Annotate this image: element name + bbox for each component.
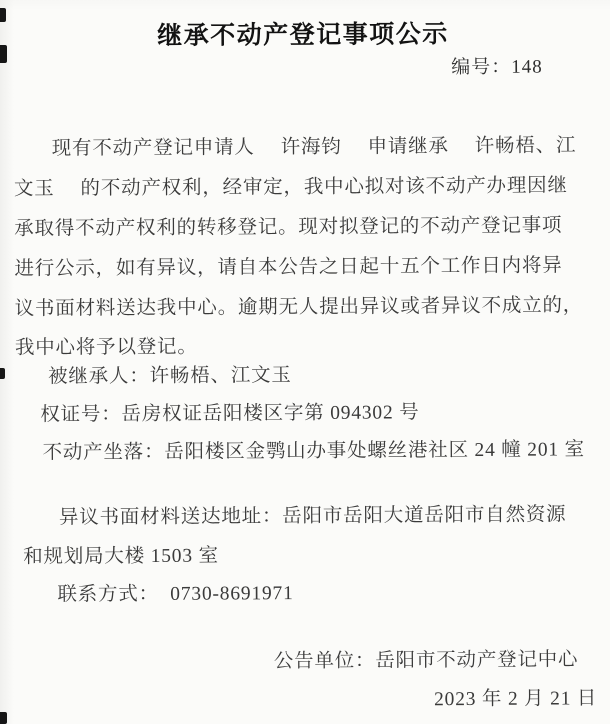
body-paragraph-line-2: 文玉 的不动产权利，经审定，我中心拟对该不动产办理因继 [14,169,568,200]
body-paragraph-line-4: 进行公示，如有异议，请自本公告之日起十五个工作日内将异 [14,249,562,280]
certificate-number-line: 权证号：岳房权证岳阳楼区字第 094302 号 [40,396,419,426]
contact-line: 联系方式： 0730-8691971 [57,577,293,606]
body-paragraph-line-1: 现有不动产登记申请人 许海钧 申请继承 许畅梧、江 [52,129,577,160]
body-paragraph-line-5: 议书面材料送达我中心。逾期无人提出异议或者异议不成立的， [15,289,584,320]
property-location-line: 不动产坐落：岳阳楼区金鹗山办事处螺丝港社区 24 幢 201 室 [42,433,585,464]
date-line: 2023 年 2 月 21 日 [434,682,597,711]
body-paragraph-line-3: 承取得不动产权利的转移登记。现对拟登记的不动产登记事项 [14,209,562,240]
decedent-line: 被继承人：许畅梧、江文玉 [48,359,292,388]
document-number: 编号：148 [451,52,543,80]
scan-artifact-mark [0,8,6,22]
objection-address-line-1: 异议书面材料送达地址：岳阳市岳阳大道岳阳市自然资源 [59,498,567,529]
scan-artifact-mark [0,45,7,63]
document-content: 继承不动产登记事项公示 编号：148 现有不动产登记申请人 许海钧 申请继承 许… [0,0,610,724]
objection-address-line-2: 和规划局大楼 1503 室 [23,540,219,569]
body-paragraph-line-6: 我中心将予以登记。 [15,331,198,360]
scan-artifact-mark [0,712,7,724]
scan-artifact-mark [0,368,5,379]
document-title: 继承不动产登记事项公示 [0,13,608,53]
issuer-line: 公告单位：岳阳市不动产登记中心 [274,643,579,673]
scanned-notice-page: 继承不动产登记事项公示 编号：148 现有不动产登记申请人 许海钧 申请继承 许… [0,0,610,724]
